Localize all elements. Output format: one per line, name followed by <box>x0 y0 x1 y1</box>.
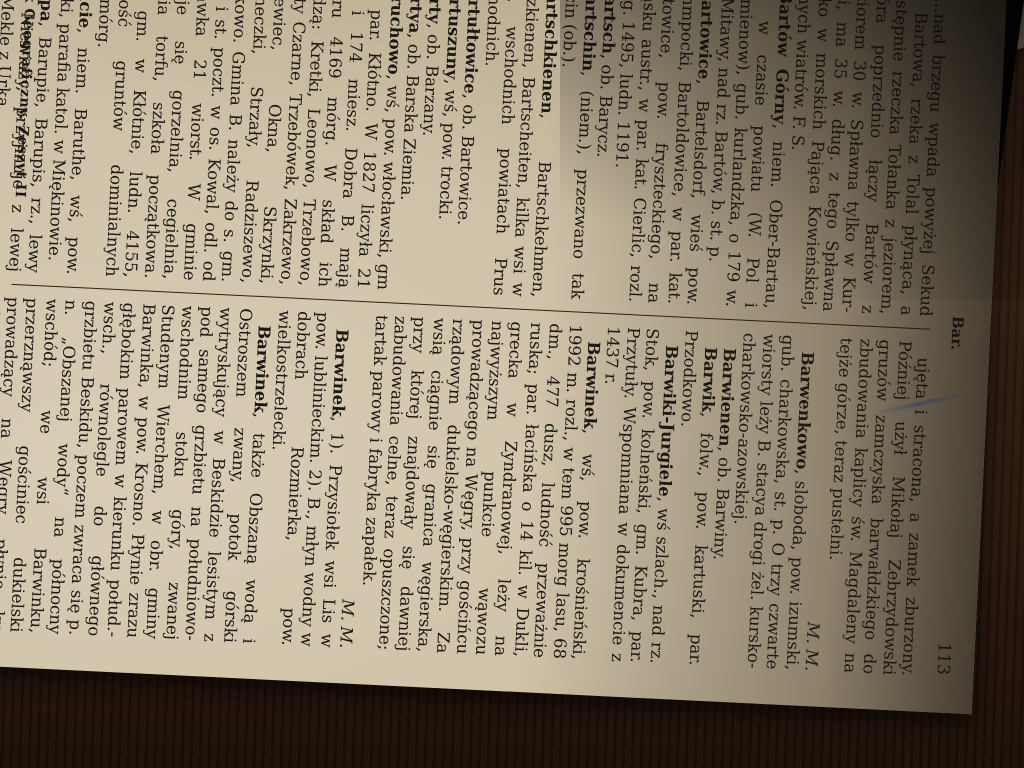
entry-term: Bartya <box>405 0 427 34</box>
dictionary-entry: Baruchowo, wś, pow. włocławski, gm t. n.… <box>82 0 408 290</box>
entry-term: Barwik <box>698 347 720 413</box>
entry-text: także Obszaną wodą i Ostroszem zwany, po… <box>0 292 269 645</box>
dictionary-entry: Barwinek, 1). Przysiołek wsi Lis w pow. … <box>258 310 352 648</box>
dictionary-entry: Barwiki-Jurgiele, wś szlach., nad rz. St… <box>588 326 682 664</box>
entry-text: ...nad brzegu wpada powyżej Sekud do Bar… <box>788 0 950 317</box>
dictionary-entry: Bartowice, Bartelsdorf, wieś pow. hammpo… <box>605 0 718 306</box>
dictionary-entry: ...nad brzegu wpada powyżej Sekud do Bar… <box>780 0 951 317</box>
page-text-frame: Bar. 113 ...nad brzegu wpada powyżej Sek… <box>0 0 987 683</box>
entry-term: Barucie <box>75 0 98 29</box>
page-number: 113 <box>932 642 953 675</box>
dictionary-entry: Barwinek, wś, pow. krośnieński, 1992 m. … <box>355 314 604 660</box>
book-page: Bar. 113 ...nad brzegu wpada powyżej Sek… <box>0 0 1007 714</box>
right-column: ujęta i stracona, a zamek zburzony. Późn… <box>0 272 934 677</box>
entry-term: Barty <box>425 0 446 24</box>
dictionary-entry: Barwenkowo, sloboda, pow. izumski, gub. … <box>724 332 818 670</box>
dictionary-entry: Barwinek, także Obszaną wodą i Ostroszem… <box>0 292 275 645</box>
entry-text: wś, pow. włocławski, gm t. n., par. Kłót… <box>94 0 403 290</box>
entry-term: Barupa <box>37 0 59 22</box>
entry-text: wś, pow. krośnieński, 1992 m. rozl., w t… <box>359 314 598 660</box>
left-column: ...nad brzegu wpada powyżej Sekud do Bar… <box>0 0 951 317</box>
dictionary-entry: ujęta i stracona, a zamek zburzony. Późn… <box>820 337 933 676</box>
entry-text: ujęta i stracona, a zamek zburzony. Późn… <box>826 337 933 676</box>
entry-term: Bartsch <box>598 0 621 54</box>
